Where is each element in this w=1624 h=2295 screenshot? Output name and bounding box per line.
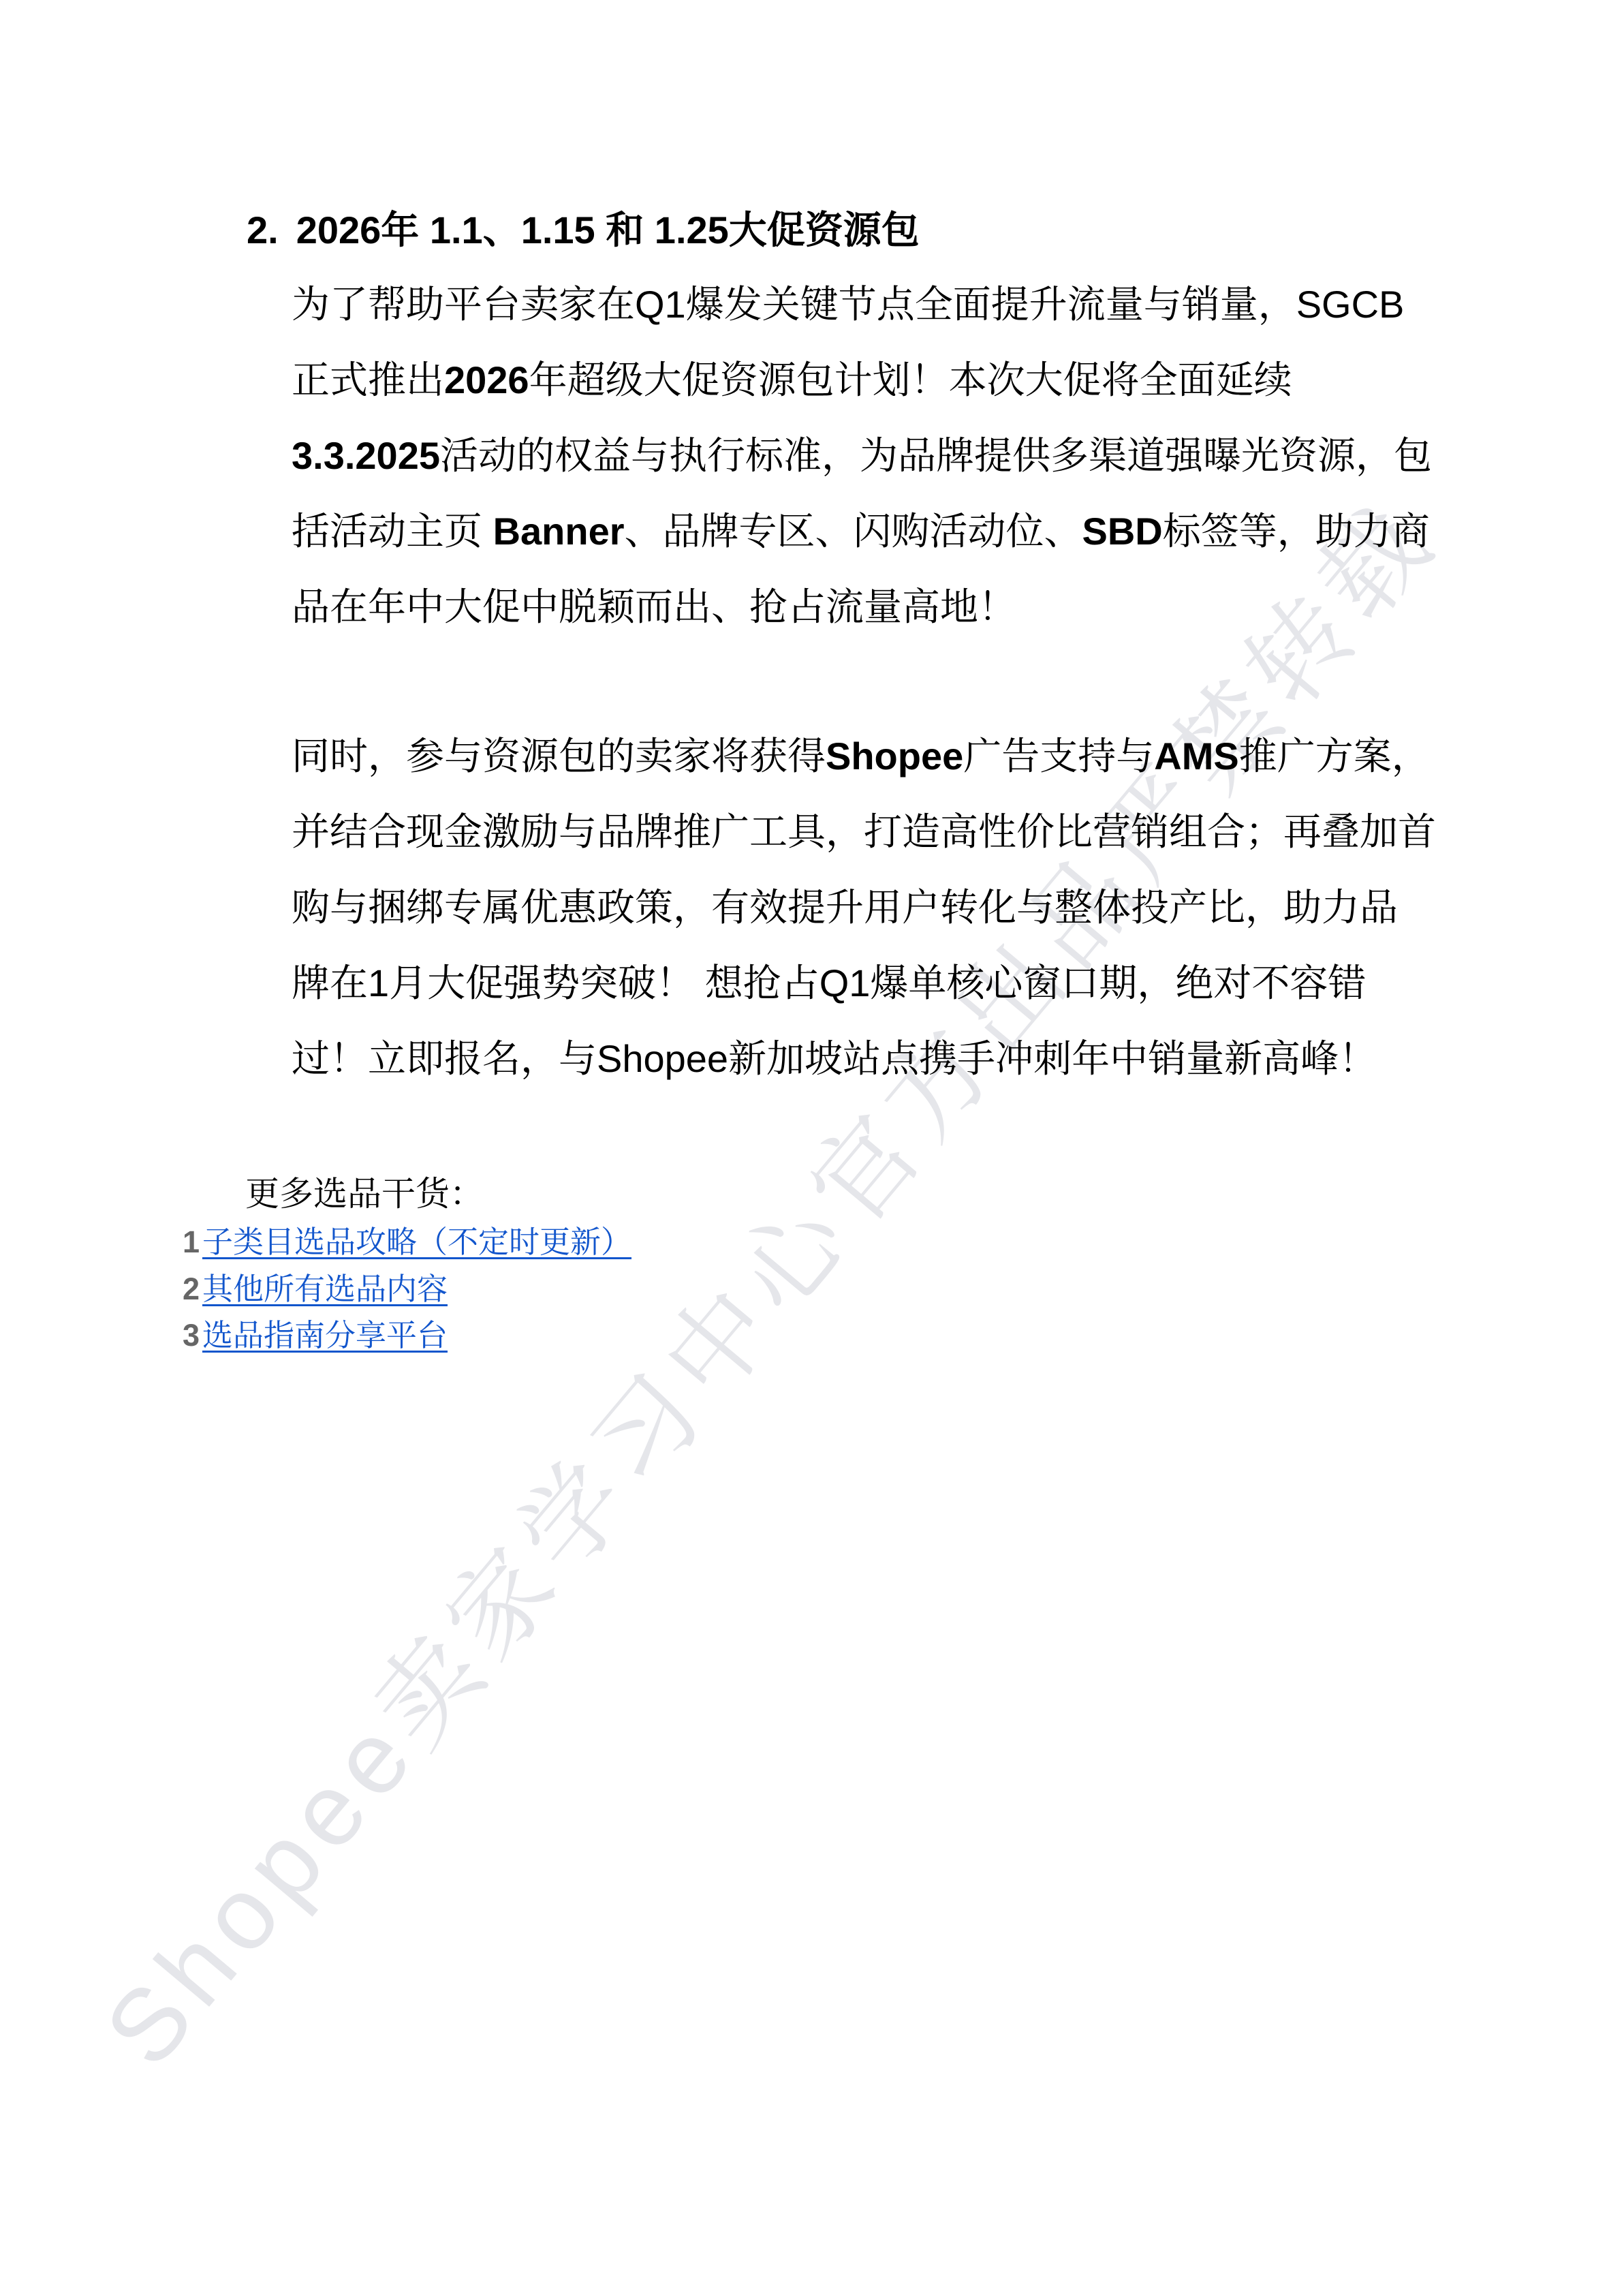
link-list-item-2: 2 其他所有选品内容 — [183, 1270, 448, 1308]
link-list-item-3: 3 选品指南分享平台 — [183, 1316, 448, 1355]
paragraph-2-line-1: 同时，参与资源包的卖家将获得Shopee广告支持与AMS推广方案， — [292, 718, 1416, 794]
list-number-3: 3 — [183, 1316, 202, 1355]
paragraph-2-line-4: 牌在1月大促强势突破！ 想抢占Q1爆单核心窗口期，绝对不容错 — [292, 945, 1416, 1021]
paragraph-1-line-3: 3.3.2025活动的权益与执行标准，为品牌提供多渠道强曝光资源，包 — [292, 418, 1416, 493]
paragraph-1-line-4: 括活动主页 Banner、品牌专区、闪购活动位、SBD标签等，助力商 — [292, 493, 1416, 569]
paragraph-1-line-2: 正式推出2026年超级大促资源包计划！本次大促将全面延续 — [292, 342, 1416, 418]
more-links-title: 更多选品干货： — [245, 1173, 484, 1214]
section-heading: 2.2026年 1.1、1.15 和 1.25大促资源包 — [247, 206, 920, 254]
link-all-other-selection-content[interactable]: 其他所有选品内容 — [202, 1270, 448, 1308]
link-subcategory-selection-guide[interactable]: 子类目选品攻略（不定时更新） — [202, 1223, 631, 1261]
paragraph-2-line-2: 并结合现金激励与品牌推广工具，打造高性价比营销组合；再叠加首 — [292, 794, 1416, 869]
paragraph-1-line-5: 品在年中大促中脱颖而出、抢占流量高地！ — [292, 569, 1416, 645]
paragraph-2: 同时，参与资源包的卖家将获得Shopee广告支持与AMS推广方案， 并结合现金激… — [292, 718, 1416, 1096]
list-number-1: 1 — [183, 1223, 202, 1261]
paragraph-1: 为了帮助平台卖家在Q1爆发关键节点全面提升流量与销量，SGCB 正式推出2026… — [292, 266, 1416, 645]
link-selection-guide-sharing-platform[interactable]: 选品指南分享平台 — [202, 1316, 448, 1355]
list-number-2: 2 — [183, 1270, 202, 1308]
link-list-item-1: 1 子类目选品攻略（不定时更新） — [183, 1223, 631, 1261]
paragraph-2-line-3: 购与捆绑专属优惠政策，有效提升用户转化与整体投产比，助力品 — [292, 869, 1416, 945]
section-heading-title: 2026年 1.1、1.15 和 1.25大促资源包 — [296, 209, 920, 251]
paragraph-1-line-1: 为了帮助平台卖家在Q1爆发关键节点全面提升流量与销量，SGCB — [292, 266, 1416, 342]
document-page: Shopee卖家学习中心官方出品严禁转载 2.2026年 1.1、1.15 和 … — [0, 0, 1624, 2295]
section-heading-number: 2. — [247, 206, 279, 254]
document-content: 2.2026年 1.1、1.15 和 1.25大促资源包 为了帮助平台卖家在Q1… — [0, 0, 1624, 2295]
paragraph-2-line-5: 过！立即报名，与Shopee新加坡站点携手冲刺年中销量新高峰！ — [292, 1021, 1416, 1096]
